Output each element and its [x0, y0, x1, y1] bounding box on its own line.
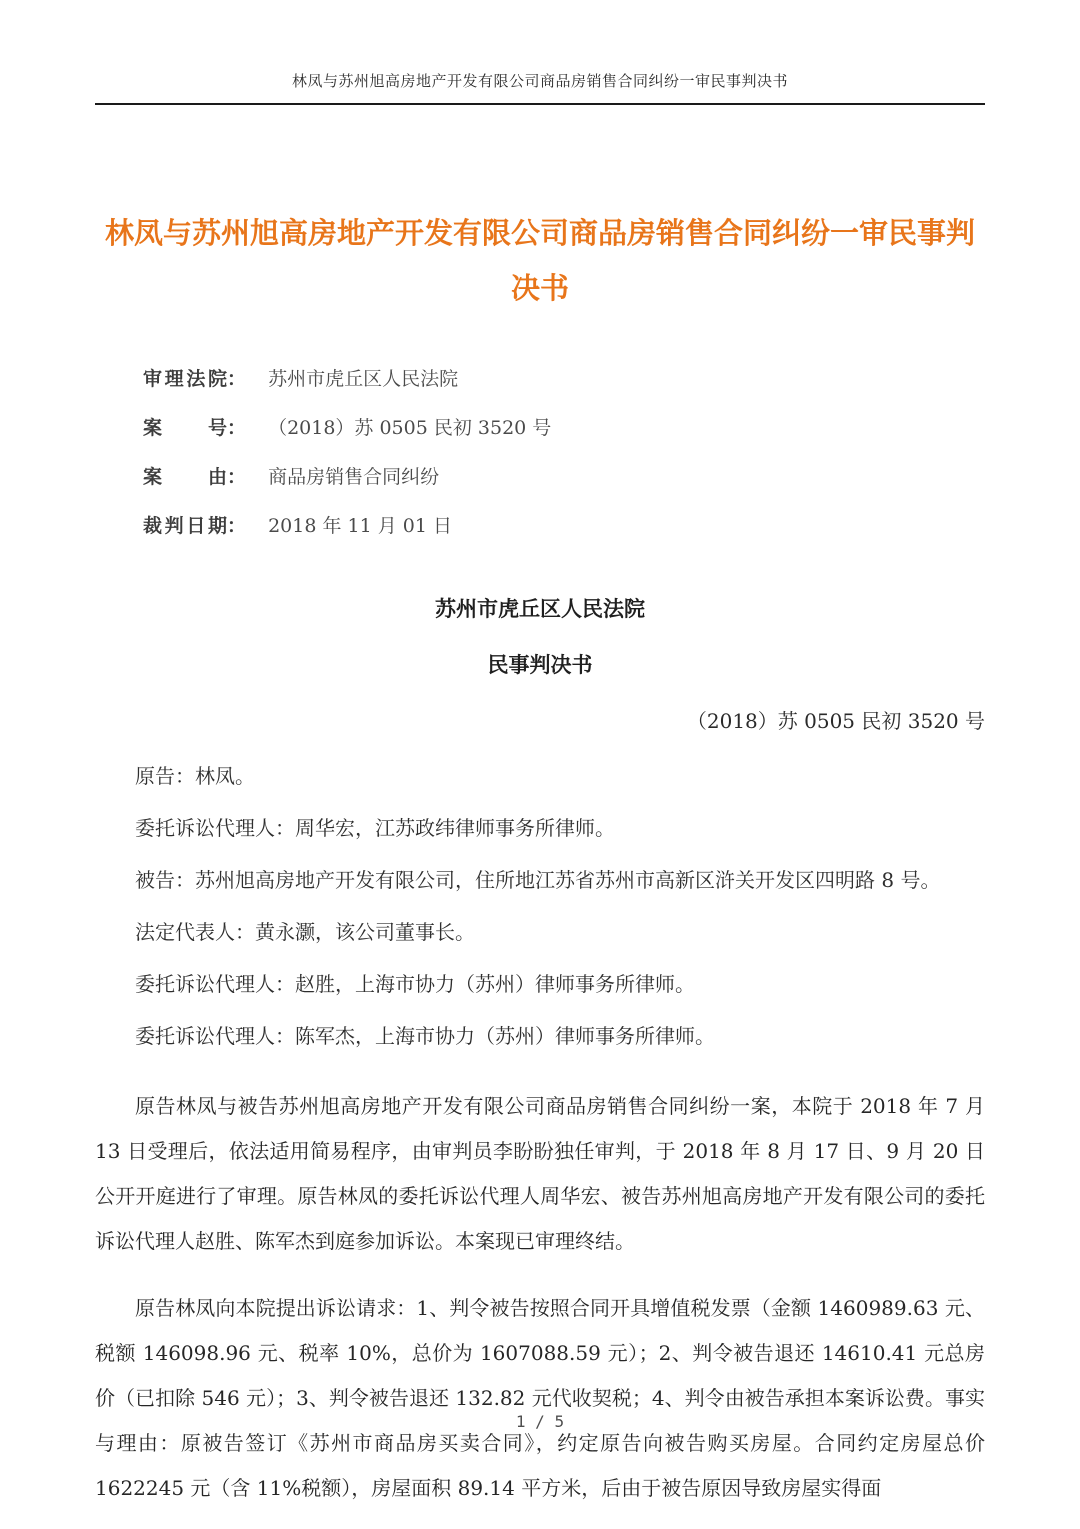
case-meta-block: 审理法院： 苏州市虎丘区人民法院 案号： （2018）苏 0505 民初 352…	[95, 355, 985, 551]
page-title: 林凤与苏州旭高房地产开发有限公司商品房销售合同纠纷一审民事判决书	[95, 207, 985, 317]
meta-row-court: 审理法院： 苏州市虎丘区人民法院	[143, 355, 985, 404]
judgment-page: 林凤与苏州旭高房地产开发有限公司商品房销售合同纠纷一审民事判决书 林凤与苏州旭高…	[0, 0, 1080, 1511]
meta-label-cause: 案由：	[143, 467, 246, 488]
case-number-right: （2018）苏 0505 民初 3520 号	[95, 705, 985, 734]
meta-value-judgment-date: 2018 年 11 月 01 日	[268, 502, 452, 551]
meta-label-judgment-date: 裁判日期：	[143, 516, 246, 537]
running-header: 林凤与苏州旭高房地产开发有限公司商品房销售合同纠纷一审民事判决书	[95, 0, 985, 91]
meta-colon: ：	[227, 369, 246, 390]
party-plaintiff: 原告：林凤。	[95, 750, 985, 802]
party-legal-representative: 法定代表人：黄永灏，该公司董事长。	[95, 906, 985, 958]
party-defendant: 被告：苏州旭高房地产开发有限公司，住所地江苏省苏州市高新区浒关开发区四明路 8 …	[95, 854, 985, 906]
meta-row-case-number: 案号： （2018）苏 0505 民初 3520 号	[143, 404, 985, 453]
meta-value-cause: 商品房销售合同纠纷	[268, 453, 439, 502]
paragraph-case-intro: 原告林凤与被告苏州旭高房地产开发有限公司商品房销售合同纠纷一案，本院于 2018…	[95, 1084, 985, 1264]
meta-value-court: 苏州市虎丘区人民法院	[268, 355, 458, 404]
paragraph-claims: 原告林凤向本院提出诉讼请求：1、判令被告按照合同开具增值税发票（金额 14609…	[95, 1286, 985, 1511]
page-number: 1 / 5	[0, 1412, 1080, 1431]
meta-colon: ：	[227, 516, 246, 537]
party-defendant-agent-1: 委托诉讼代理人：赵胜，上海市协力（苏州）律师事务所律师。	[95, 958, 985, 1010]
meta-row-judgment-date: 裁判日期： 2018 年 11 月 01 日	[143, 502, 985, 551]
meta-value-case-number: （2018）苏 0505 民初 3520 号	[268, 404, 551, 453]
meta-label-court: 审理法院：	[143, 369, 246, 390]
document-type-heading: 民事判决书	[95, 649, 985, 679]
judgment-body: 原告林凤与被告苏州旭高房地产开发有限公司商品房销售合同纠纷一案，本院于 2018…	[95, 1084, 985, 1511]
party-defendant-agent-2: 委托诉讼代理人：陈军杰，上海市协力（苏州）律师事务所律师。	[95, 1010, 985, 1062]
meta-row-cause: 案由： 商品房销售合同纠纷	[143, 453, 985, 502]
meta-colon: ：	[227, 467, 246, 488]
meta-colon: ：	[227, 418, 246, 439]
meta-label-case-number: 案号：	[143, 418, 246, 439]
court-name-heading: 苏州市虎丘区人民法院	[95, 593, 985, 623]
parties-list: 原告：林凤。 委托诉讼代理人：周华宏，江苏政纬律师事务所律师。 被告：苏州旭高房…	[95, 750, 985, 1062]
header-divider	[95, 103, 985, 105]
party-plaintiff-agent: 委托诉讼代理人：周华宏，江苏政纬律师事务所律师。	[95, 802, 985, 854]
